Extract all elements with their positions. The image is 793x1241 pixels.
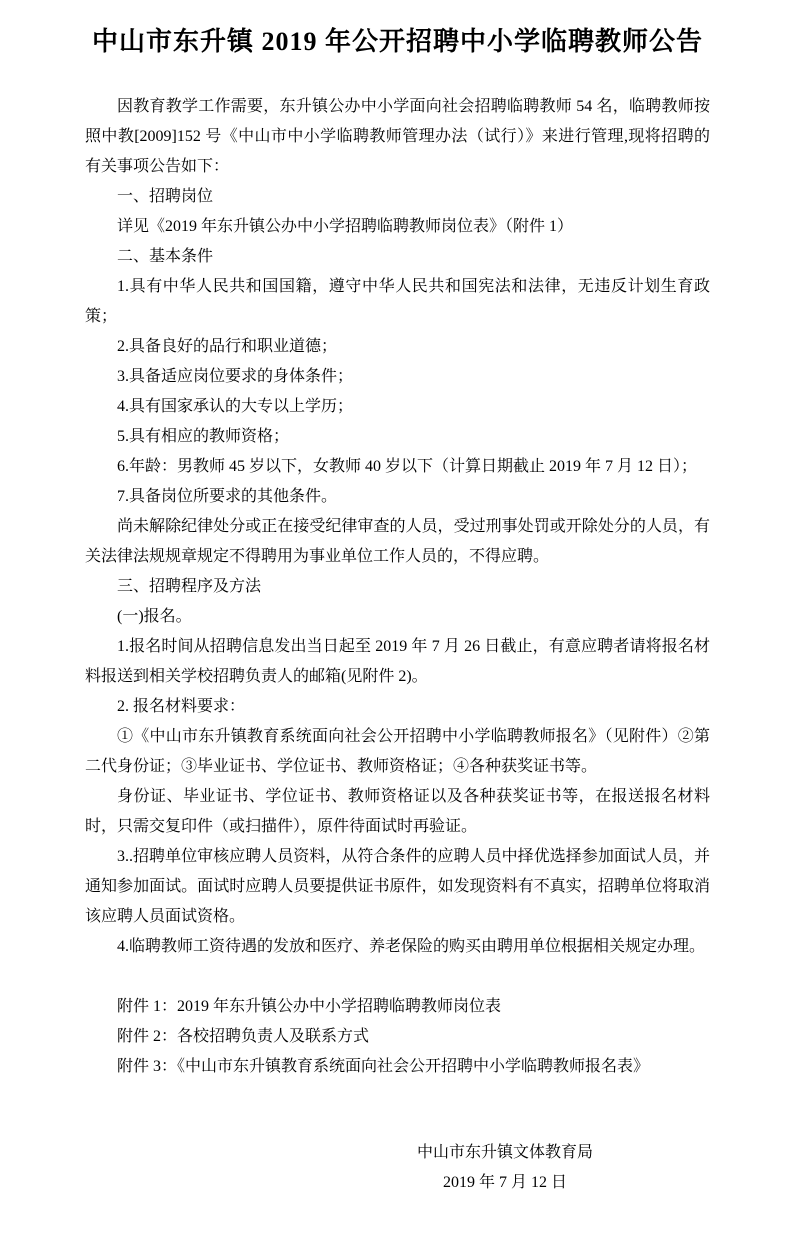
condition-item-3: 3.具备适应岗位要求的身体条件；: [85, 362, 710, 392]
procedure-item-2: 2. 报名材料要求：: [85, 692, 710, 722]
condition-note: 尚未解除纪律处分或正在接受纪律审查的人员，受过刑事处罚或开除处分的人员，有关法律…: [85, 512, 710, 572]
section-2-heading: 二、基本条件: [85, 242, 710, 272]
condition-item-1: 1.具有中华人民共和国国籍，遵守中华人民共和国宪法和法律，无违反计划生育政策；: [85, 272, 710, 332]
condition-item-5: 5.具有相应的教师资格；: [85, 422, 710, 452]
attachment-item-2: 附件 2：各校招聘负责人及联系方式: [85, 1022, 710, 1052]
section-1-heading: 一、招聘岗位: [85, 182, 710, 212]
condition-item-6: 6.年龄：男教师 45 岁以下，女教师 40 岁以下（计算日期截止 2019 年…: [85, 452, 710, 482]
intro-paragraph: 因教育教学工作需要，东升镇公办中小学面向社会招聘临聘教师 54 名，临聘教师按照…: [85, 92, 710, 182]
materials-list: ①《中山市东升镇教育系统面向社会公开招聘中小学临聘教师报名》（见附件）②第二代身…: [85, 722, 710, 782]
procedure-item-1: 1.报名时间从招聘信息发出当日起至 2019 年 7 月 26 日截止，有意应聘…: [85, 632, 710, 692]
condition-item-2: 2.具备良好的品行和职业道德；: [85, 332, 710, 362]
procedure-item-4: 4.临聘教师工资待遇的发放和医疗、养老保险的购买由聘用单位根据相关规定办理。: [85, 932, 710, 962]
procedure-subheading: (一)报名。: [85, 602, 710, 632]
signature-block: 中山市东升镇文体教育局 2019 年 7 月 12 日: [355, 1138, 655, 1198]
section-1-body: 详见《2019 年东升镇公办中小学招聘临聘教师岗位表》（附件 1）: [85, 212, 710, 242]
signature-org: 中山市东升镇文体教育局: [355, 1138, 655, 1168]
procedure-item-3: 3..招聘单位审核应聘人员资料，从符合条件的应聘人员中择优选择参加面试人员，并通…: [85, 842, 710, 932]
attachment-item-3: 附件 3：《中山市东升镇教育系统面向社会公开招聘中小学临聘教师报名表》: [85, 1052, 710, 1082]
section-3-heading: 三、招聘程序及方法: [85, 572, 710, 602]
materials-note: 身份证、毕业证书、学位证书、教师资格证以及各种获奖证书等，在报送报名材料时，只需…: [85, 782, 710, 842]
attachment-item-1: 附件 1：2019 年东升镇公办中小学招聘临聘教师岗位表: [85, 992, 710, 1022]
document-page: 中山市东升镇 2019 年公开招聘中小学临聘教师公告 因教育教学工作需要，东升镇…: [0, 0, 793, 1241]
condition-item-7: 7.具备岗位所要求的其他条件。: [85, 482, 710, 512]
signature-date: 2019 年 7 月 12 日: [355, 1168, 655, 1198]
attachments-list: 附件 1：2019 年东升镇公办中小学招聘临聘教师岗位表 附件 2：各校招聘负责…: [85, 992, 710, 1082]
condition-item-4: 4.具有国家承认的大专以上学历；: [85, 392, 710, 422]
document-title: 中山市东升镇 2019 年公开招聘中小学临聘教师公告: [85, 22, 710, 62]
